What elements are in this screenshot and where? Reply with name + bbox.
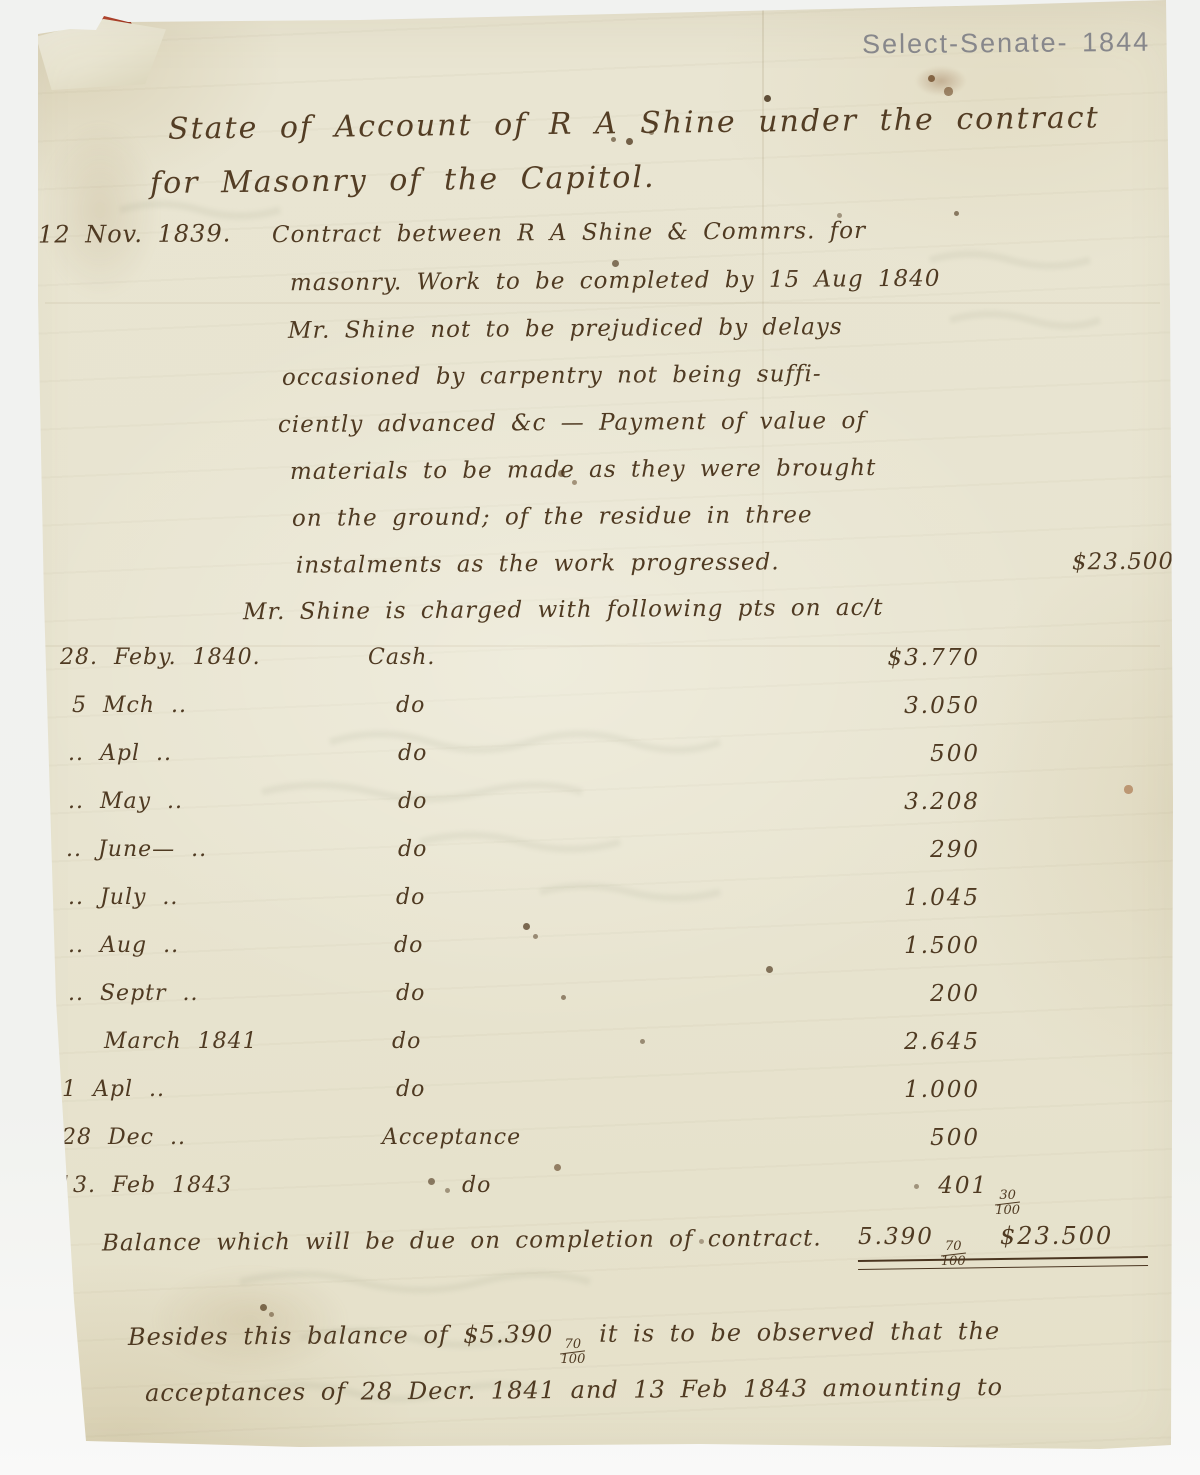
ledger-amount: 1.500 bbox=[690, 933, 980, 959]
ledger-row: .. Septr .. do 200 bbox=[0, 981, 1200, 1027]
paragraph-line: materials to be made as they were brough… bbox=[290, 455, 876, 485]
paragraph-line: masonry. Work to be completed by 15 Aug … bbox=[290, 266, 941, 297]
fraction: 70100 bbox=[560, 1338, 585, 1366]
document-title-line1: State of Account of R A Shine under the … bbox=[168, 100, 1100, 146]
ledger-date: 28. Feby. 1840. bbox=[60, 645, 360, 670]
ledger-desc: do bbox=[396, 1077, 636, 1102]
ledger-row: 28. Feby. 1840. Cash. $3.770 bbox=[0, 645, 1200, 691]
ledger-amount: 2.645 bbox=[690, 1029, 980, 1055]
entry-date: 12 Nov. 1839. bbox=[38, 219, 231, 248]
footer-line1-a: Besides this balance of $5.390 bbox=[128, 1320, 554, 1351]
ledger-desc: do bbox=[398, 741, 638, 766]
ledger-row: .. Aug .. do 1.500 bbox=[0, 933, 1200, 979]
footer-line1-b: it is to be observed that the bbox=[599, 1317, 1000, 1348]
fraction-denominator: 100 bbox=[560, 1352, 585, 1366]
paragraph-line: occasioned by carpentry not being suffi- bbox=[282, 361, 822, 391]
ledger-desc: do bbox=[392, 1029, 632, 1054]
document-page: Select-Senate- 1844 State of Account of … bbox=[0, 0, 1200, 1475]
ledger-amount: 1.045 bbox=[690, 885, 980, 911]
ledger-desc: do bbox=[462, 1173, 702, 1198]
document-title-line2: for Masonry of the Capitol. bbox=[150, 160, 656, 201]
ledger-date: 5 Mch .. bbox=[72, 693, 372, 718]
ledger-row: 5 Mch .. do 3.050 bbox=[0, 693, 1200, 739]
stain bbox=[40, 120, 160, 300]
ledger-amount: 500 bbox=[690, 1125, 980, 1151]
ledger-row: .. July .. do 1.045 bbox=[0, 885, 1200, 931]
ledger-amount: $3.770 bbox=[690, 645, 980, 671]
ledger-desc: do bbox=[396, 693, 636, 718]
paragraph-line: ciently advanced &c — Payment of value o… bbox=[278, 408, 866, 438]
ledger-date: March 1841 bbox=[104, 1029, 404, 1054]
fraction: 30100 bbox=[995, 1189, 1020, 1217]
ledger-row: March 1841 do 2.645 bbox=[0, 1029, 1200, 1075]
ledger-desc: do bbox=[398, 789, 638, 814]
scanner-background: Select-Senate- 1844 State of Account of … bbox=[0, 0, 1200, 1475]
ledger-row: .. May .. do 3.208 bbox=[0, 789, 1200, 835]
ledger-amount: 1.000 bbox=[690, 1077, 980, 1103]
ledger-amount: 500 bbox=[690, 741, 980, 767]
footer-line2: acceptances of 28 Decr. 1841 and 13 Feb … bbox=[145, 1373, 1003, 1407]
ledger-desc: do bbox=[396, 885, 636, 910]
paragraph-line: instalments as the work progressed. bbox=[296, 549, 780, 578]
ledger-amount: 200 bbox=[690, 981, 980, 1007]
ledger-amount: 290 bbox=[690, 837, 980, 863]
archival-annotation: Select-Senate- 1844 bbox=[862, 27, 1150, 61]
footer-line1: Besides this balance of $5.39070100it is… bbox=[128, 1317, 1001, 1369]
ledger-date: .. Apl .. bbox=[68, 741, 368, 766]
charges-intro: Mr. Shine is charged with following pts … bbox=[243, 595, 884, 625]
paragraph-line: Mr. Shine not to be prejudiced by delays bbox=[288, 314, 843, 344]
ledger-date: .. Aug .. bbox=[68, 933, 368, 958]
ink-specks bbox=[0, 0, 3, 3]
ledger-amount-value: 401 bbox=[938, 1173, 988, 1199]
ledger-date: 13. Feb 1843 bbox=[58, 1173, 358, 1198]
paragraph-line: Contract between R A Shine & Commrs. for bbox=[272, 218, 866, 248]
ledger-desc: do bbox=[396, 981, 636, 1006]
ledger-row: .. Apl .. do 500 bbox=[0, 741, 1200, 787]
balance-amount-value: 5.390 bbox=[858, 1224, 934, 1250]
ledger-row: 1 Apl .. do 1.000 bbox=[0, 1077, 1200, 1123]
horizontal-crease bbox=[45, 302, 1160, 304]
fraction-numerator: 30 bbox=[999, 1189, 1016, 1203]
ledger-desc: do bbox=[398, 837, 638, 862]
ledger-desc: do bbox=[394, 933, 634, 958]
ledger-amount: 40130100 bbox=[690, 1173, 1020, 1217]
balance-label: Balance which will be due on completion … bbox=[102, 1225, 822, 1256]
ledger-row: 28 Dec .. Acceptance 500 bbox=[0, 1125, 1200, 1171]
ledger-date: 28 Dec .. bbox=[62, 1125, 362, 1150]
paragraph-line: on the ground; of the residue in three bbox=[292, 502, 813, 532]
balance-total: $23.500 bbox=[1000, 1222, 1113, 1250]
ledger-date: 1 Apl .. bbox=[62, 1077, 362, 1102]
ledger-date: .. June— .. bbox=[66, 837, 366, 862]
ledger-amount: 3.050 bbox=[690, 693, 980, 719]
fraction-numerator: 70 bbox=[564, 1338, 581, 1352]
folded-corner bbox=[36, 16, 166, 90]
ledger-date: .. May .. bbox=[68, 789, 368, 814]
ledger-desc: Acceptance bbox=[382, 1125, 622, 1150]
fraction-denominator: 100 bbox=[995, 1204, 1020, 1218]
ledger-amount: 3.208 bbox=[690, 789, 980, 815]
ledger-date: .. July .. bbox=[68, 885, 368, 910]
ledger-date: .. Septr .. bbox=[68, 981, 368, 1006]
contract-amount: $23.500. bbox=[1072, 549, 1183, 576]
ledger-row: .. June— .. do 290 bbox=[0, 837, 1200, 883]
ledger-row: 13. Feb 1843 do 40130100 bbox=[0, 1173, 1200, 1219]
fraction-numerator: 70 bbox=[945, 1240, 962, 1254]
ledger-desc: Cash. bbox=[368, 645, 608, 670]
stain bbox=[915, 66, 967, 96]
